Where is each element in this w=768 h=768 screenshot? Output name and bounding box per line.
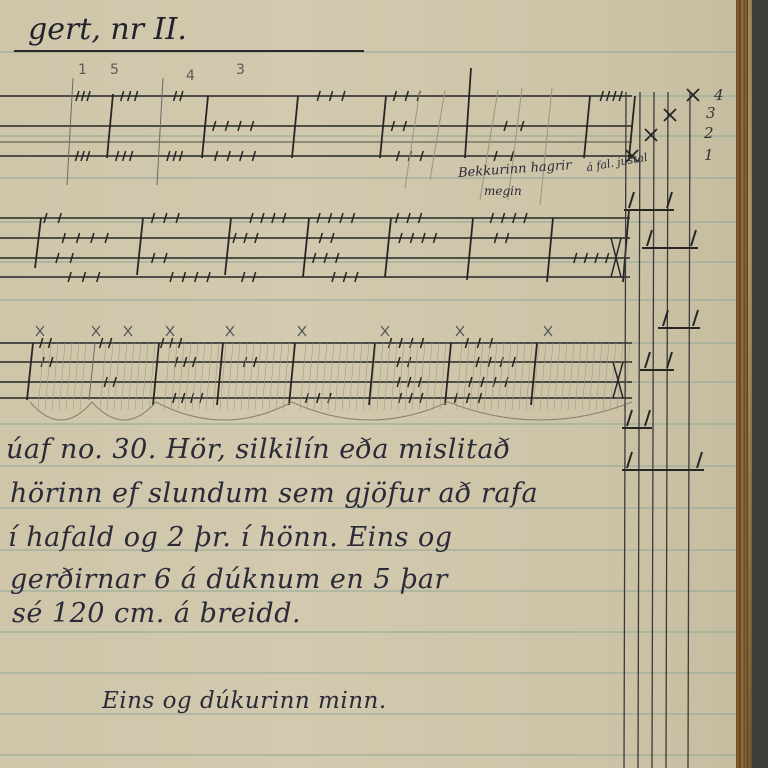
row-number: 4 xyxy=(714,86,724,104)
body-text-line: úaf no. 30. Hör, silkilín eða mislitað xyxy=(6,434,511,465)
column-number: 1 xyxy=(78,62,87,78)
row-number: 3 xyxy=(706,104,716,122)
diagram-annotation-line2: megin xyxy=(484,184,522,198)
body-text-line: í hafald og 2 þr. í hönn. Eins og xyxy=(8,522,453,553)
column-number: 4 xyxy=(186,68,195,84)
page-title: gert, nr II. xyxy=(28,12,187,47)
body-text-line: hörinn ef slundum sem gjöfur að rafa xyxy=(10,478,538,509)
body-text-line: sé 120 cm. á breidd. xyxy=(12,598,301,629)
weaving-diagram xyxy=(0,0,742,768)
footer-text-line: Eins og dúkurinn minn. xyxy=(102,688,387,714)
title-underline xyxy=(14,50,364,52)
row-number: 1 xyxy=(704,146,714,164)
book-cover xyxy=(752,0,768,768)
body-text-line: gerðirnar 6 á dúknum en 5 þar xyxy=(10,564,448,595)
notebook-page: gert, nr II. 1 5 4 3 4 3 2 1 Bekkurinn h… xyxy=(0,0,742,768)
column-number: 5 xyxy=(110,62,119,78)
row-number: 2 xyxy=(704,124,714,142)
column-number: 3 xyxy=(236,62,245,78)
